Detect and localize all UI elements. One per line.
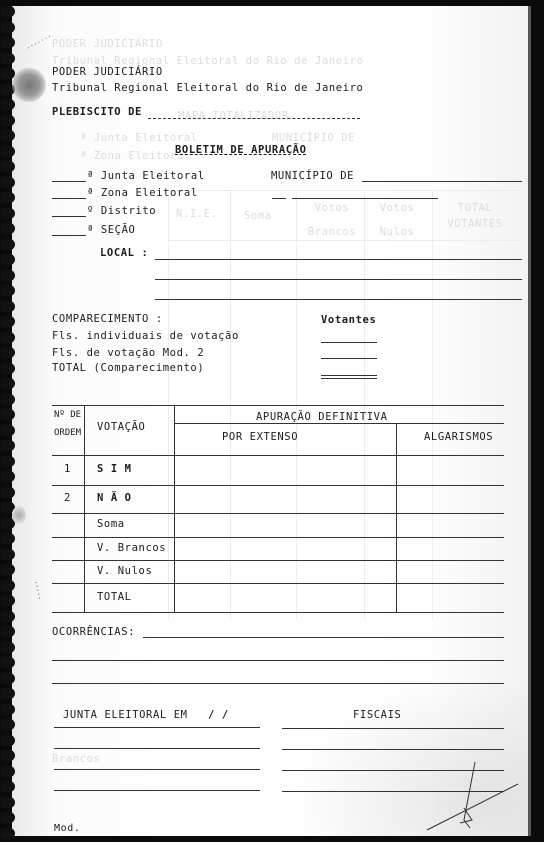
row-extenso-cell[interactable] [176,515,394,535]
spiral-ring [1,239,15,250]
spiral-ring [1,115,15,126]
total-comparecimento-field[interactable] [321,375,377,376]
spiral-ring [1,6,15,17]
date-field[interactable]: / / [208,709,229,721]
ghost-junta: ª Junta Eleitoral [80,132,198,144]
ocorrencias-label: OCORRÊNCIAS: [52,626,135,638]
row-algarismos-cell[interactable] [398,457,502,483]
spiral-ring [1,53,15,64]
court-name: Tribunal Regional Eleitoral do Rio de Ja… [52,82,363,94]
spiral-ring [1,549,15,560]
fls-mod2-label: Fls. de votação Mod. 2 [52,347,204,359]
ghost-nulos: Votos Nulos [370,196,424,244]
plebiscito-field[interactable] [148,118,360,119]
row-votacao: S I M [97,463,132,475]
spiral-ring [1,161,15,172]
spiral-ring [1,208,15,219]
spiral-ring [1,750,15,761]
fls-mod2-field[interactable] [321,358,377,359]
local-field-2[interactable] [155,279,522,280]
municipio-field-line2[interactable] [292,198,438,199]
row-extenso-cell[interactable] [176,562,394,581]
junta-signature-line[interactable] [54,769,260,770]
spiral-ring [1,781,15,792]
municipio-label: MUNICÍPIO DE [271,170,354,182]
ghost-brancos: Votos Brancos [304,196,360,244]
row-votacao: N Ã O [97,492,132,504]
local-label: LOCAL : [100,247,148,259]
spiral-ring [1,704,15,715]
spiral-ring [1,177,15,188]
fiscal-signature-line[interactable] [282,728,504,729]
model-label: Mod. [54,823,80,834]
spiral-ring [1,812,15,823]
ghost-bottom: Brancos [52,753,100,765]
row-votacao: TOTAL [97,591,132,603]
spiral-ring [1,130,15,141]
spiral-ring [1,285,15,296]
fiscal-signature-line[interactable] [282,770,504,771]
junta-number-field[interactable] [52,181,86,182]
ghost-mapa: MAPA TOTALIZADOR [178,110,289,122]
form-title: BOLETIM DE APURAÇÃO [175,144,307,156]
row-algarismos-cell[interactable] [398,515,502,535]
fls-individuais-field[interactable] [321,342,377,343]
fiscal-signature-line[interactable] [282,791,504,792]
junta-signature-line[interactable] [54,727,260,728]
row-votacao: V. Nulos [97,565,152,577]
spiral-ring [1,595,15,606]
spiral-ring [1,146,15,157]
junta-label: ª Junta Eleitoral [87,170,205,182]
spiral-ring [1,688,15,699]
col-ordem-header-2: ORDEM [54,428,81,438]
municipio-field[interactable] [362,181,522,182]
col-extenso-header: POR EXTENSO [222,431,298,443]
row-extenso-cell[interactable] [176,585,394,610]
row-algarismos-cell[interactable] [398,487,502,511]
fiscais-label: FISCAIS [353,709,401,721]
spiral-ring [1,657,15,668]
spiral-ring [1,642,15,653]
spiral-ring [1,378,15,389]
spiral-ring [1,409,15,420]
punch-hole-mark [12,506,26,524]
distrito-number-field[interactable] [52,216,86,217]
spiral-binding [0,0,14,842]
fls-individuais-label: Fls. individuais de votação [52,330,239,342]
spiral-ring [1,363,15,374]
spiral-ring [1,223,15,234]
votantes-header: Votantes [321,314,376,326]
junta-signature-line[interactable] [54,790,260,791]
spiral-ring [1,270,15,281]
spiral-ring [1,394,15,405]
spiral-ring [1,425,15,436]
ghost-total-votantes: TOTAL VOTANTES [440,200,510,232]
local-field-3[interactable] [155,299,522,300]
spiral-ring [1,37,15,48]
row-algarismos-cell[interactable] [398,562,502,581]
fiscal-signature-line[interactable] [282,749,504,750]
ocorrencias-field-1[interactable] [143,637,504,638]
row-votacao: Soma [97,518,125,530]
row-algarismos-cell[interactable] [398,539,502,558]
spiral-ring [1,735,15,746]
spiral-ring [1,254,15,265]
spiral-ring [1,332,15,343]
ghost-org: PODER JUDICIÁRIO [52,38,163,50]
spiral-ring [1,192,15,203]
org-name: PODER JUDICIÁRIO [52,66,163,78]
spiral-ring [1,487,15,498]
spiral-ring [1,471,15,482]
junta-eleitoral-em-label: JUNTA ELEITORAL EM [63,709,188,721]
row-extenso-cell[interactable] [176,539,394,558]
local-field-1[interactable] [155,259,522,260]
spiral-ring [1,301,15,312]
spiral-ring [1,456,15,467]
spiral-ring [1,611,15,622]
row-ordem: 2 [64,492,71,504]
ghost-municipio: MUNICÍPIO DE [272,132,355,144]
zona-label: ª Zona Eleitoral [87,187,198,199]
row-algarismos-cell[interactable] [398,585,502,610]
ghost-soma: Soma [244,210,272,222]
col-votacao-header: VOTAÇÃO [97,421,145,433]
row-ordem: 1 [64,463,71,475]
col-ordem-header-1: Nº DE [54,410,81,420]
ghost-nie: N.I.E. [176,208,218,220]
col-algarismos-header: ALGARISMOS [424,431,493,443]
spiral-ring [1,564,15,575]
row-votacao: V. Brancos [97,542,166,554]
total-comparecimento-label: TOTAL (Comparecimento) [52,362,204,374]
punch-hole-mark [12,68,46,102]
row-extenso-cell[interactable] [176,457,394,483]
secao-number-field[interactable] [52,235,86,236]
zona-number-field[interactable] [52,198,86,199]
municipio-field-cont[interactable] [272,198,286,199]
spiral-ring [1,766,15,777]
spiral-ring [1,828,15,839]
ocorrencias-field-3[interactable] [52,683,504,684]
spiral-ring [1,797,15,808]
spiral-ring [1,673,15,684]
apuracao-definitiva-header: APURAÇÃO DEFINITIVA [256,411,388,423]
spiral-ring [1,316,15,327]
spiral-ring [1,347,15,358]
comparecimento-title: COMPARECIMENTO : [52,313,163,325]
page-edge [528,6,531,836]
spiral-ring [1,719,15,730]
distrito-label: º Distrito [87,205,156,217]
spiral-ring [1,99,15,110]
secao-label: ª SEÇÃO [87,224,135,236]
row-extenso-cell[interactable] [176,487,394,511]
plebiscito-label: PLEBISCITO DE [52,106,142,118]
ocorrencias-field-2[interactable] [52,660,504,661]
spiral-ring [1,440,15,451]
spiral-ring [1,22,15,33]
spiral-ring [1,533,15,544]
spiral-ring [1,626,15,637]
spiral-ring [1,580,15,591]
junta-signature-line[interactable] [54,748,260,749]
